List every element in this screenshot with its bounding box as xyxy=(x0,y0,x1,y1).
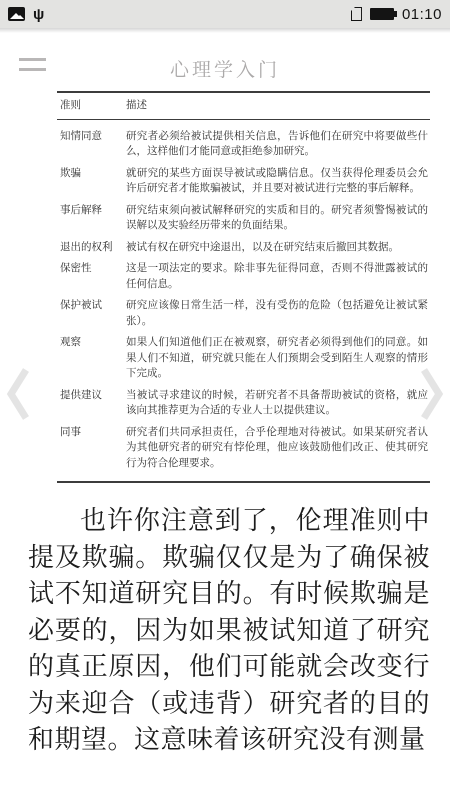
table-header-term: 准则 xyxy=(60,98,126,114)
chevron-right-icon xyxy=(419,366,445,422)
table-row-desc: 研究者们共同承担责任，合乎伦理地对待被试。如果某研究者认为其他研究者的研究有悖伦… xyxy=(126,425,430,472)
ethics-table: 准则 描述 知情同意 研究者必须给被试提供相关信息，告诉他们在研究中将要做些什么… xyxy=(57,91,430,483)
table-header-row: 准则 描述 xyxy=(57,93,430,120)
table-row: 知情同意 研究者必须给被试提供相关信息，告诉他们在研究中将要做些什么，这样他们才… xyxy=(60,129,430,160)
table-row-term: 事后解释 xyxy=(60,203,126,234)
status-bar: ψ 01:10 xyxy=(0,0,450,28)
table-row: 同事 研究者们共同承担责任，合乎伦理地对待被试。如果某研究者认为其他研究者的研究… xyxy=(60,425,430,472)
table-row-term: 知情同意 xyxy=(60,129,126,160)
chevron-left-icon xyxy=(5,366,31,422)
table-row: 观察 如果人们知道他们正在被观察，研究者必须得到他们的同意。如果人们不知道，研究… xyxy=(60,335,430,382)
table-row-desc: 被试有权在研究中途退出，以及在研究结束后撤回其数据。 xyxy=(126,240,430,256)
table-row-term: 保护被试 xyxy=(60,298,126,329)
table-row: 保密性 这是一项法定的要求。除非事先征得同意，否则不得泄露被试的任何信息。 xyxy=(60,261,430,292)
table-header-desc: 描述 xyxy=(126,98,430,114)
status-bar-right: 01:10 xyxy=(351,6,442,23)
prev-page-button[interactable] xyxy=(5,366,31,422)
table-row-desc: 这是一项法定的要求。除非事先征得同意，否则不得泄露被试的任何信息。 xyxy=(126,261,430,292)
table-row-term: 同事 xyxy=(60,425,126,472)
table-row-term: 提供建议 xyxy=(60,388,126,419)
sim-card-icon xyxy=(351,7,362,21)
table-row: 欺骗 就研究的某些方面误导被试或隐瞒信息。仅当获得伦理委员会允许后研究者才能欺骗… xyxy=(60,166,430,197)
table-row: 保护被试 研究应该像日常生活一样，没有受伤的危险（包括避免让被试紧张）。 xyxy=(60,298,430,329)
table-row-desc: 当被试寻求建议的时候，若研究者不具备帮助被试的资格，就应该向其推荐更为合适的专业… xyxy=(126,388,430,419)
status-bar-left: ψ xyxy=(8,7,44,22)
book-title: 心理学入门 xyxy=(0,55,450,82)
table-row: 退出的权利 被试有权在研究中途退出，以及在研究结束后撤回其数据。 xyxy=(60,240,430,256)
reader-header: 心理学入门 xyxy=(0,33,450,91)
body-paragraph: 也许你注意到了，伦理准则中提及欺骗。欺骗仅仅是为了确保被试不知道研究目的。有时候… xyxy=(28,502,430,758)
reader-screen: ψ 01:10 心理学入门 准则 描述 知情同意 研究者必须给被试提供相关信息，… xyxy=(0,0,450,800)
table-row-desc: 研究应该像日常生活一样，没有受伤的危险（包括避免让被试紧张）。 xyxy=(126,298,430,329)
table-row: 提供建议 当被试寻求建议的时候，若研究者不具备帮助被试的资格，就应该向其推荐更为… xyxy=(60,388,430,419)
next-page-button[interactable] xyxy=(419,366,445,422)
table-row-desc: 研究结束须向被试解释研究的实质和目的。研究者须警惕被试的误解以及实验经历带来的负… xyxy=(126,203,430,234)
status-time: 01:10 xyxy=(402,6,442,23)
battery-icon xyxy=(370,8,394,20)
gallery-notification-icon xyxy=(8,7,25,21)
table-body: 知情同意 研究者必须给被试提供相关信息，告诉他们在研究中将要做些什么，这样他们才… xyxy=(57,120,430,482)
table-row-term: 退出的权利 xyxy=(60,240,126,256)
table-row-term: 保密性 xyxy=(60,261,126,292)
table-row-desc: 研究者必须给被试提供相关信息，告诉他们在研究中将要做些什么，这样他们才能同意或拒… xyxy=(126,129,430,160)
table-row-term: 观察 xyxy=(60,335,126,382)
table-row-desc: 就研究的某些方面误导被试或隐瞒信息。仅当获得伦理委员会允许后研究者才能欺骗被试，… xyxy=(126,166,430,197)
table-row: 事后解释 研究结束须向被试解释研究的实质和目的。研究者须警惕被试的误解以及实验经… xyxy=(60,203,430,234)
table-row-desc: 如果人们知道他们正在被观察，研究者必须得到他们的同意。如果人们不知道，研究就只能… xyxy=(126,335,430,382)
usb-icon: ψ xyxy=(33,7,44,22)
table-row-term: 欺骗 xyxy=(60,166,126,197)
